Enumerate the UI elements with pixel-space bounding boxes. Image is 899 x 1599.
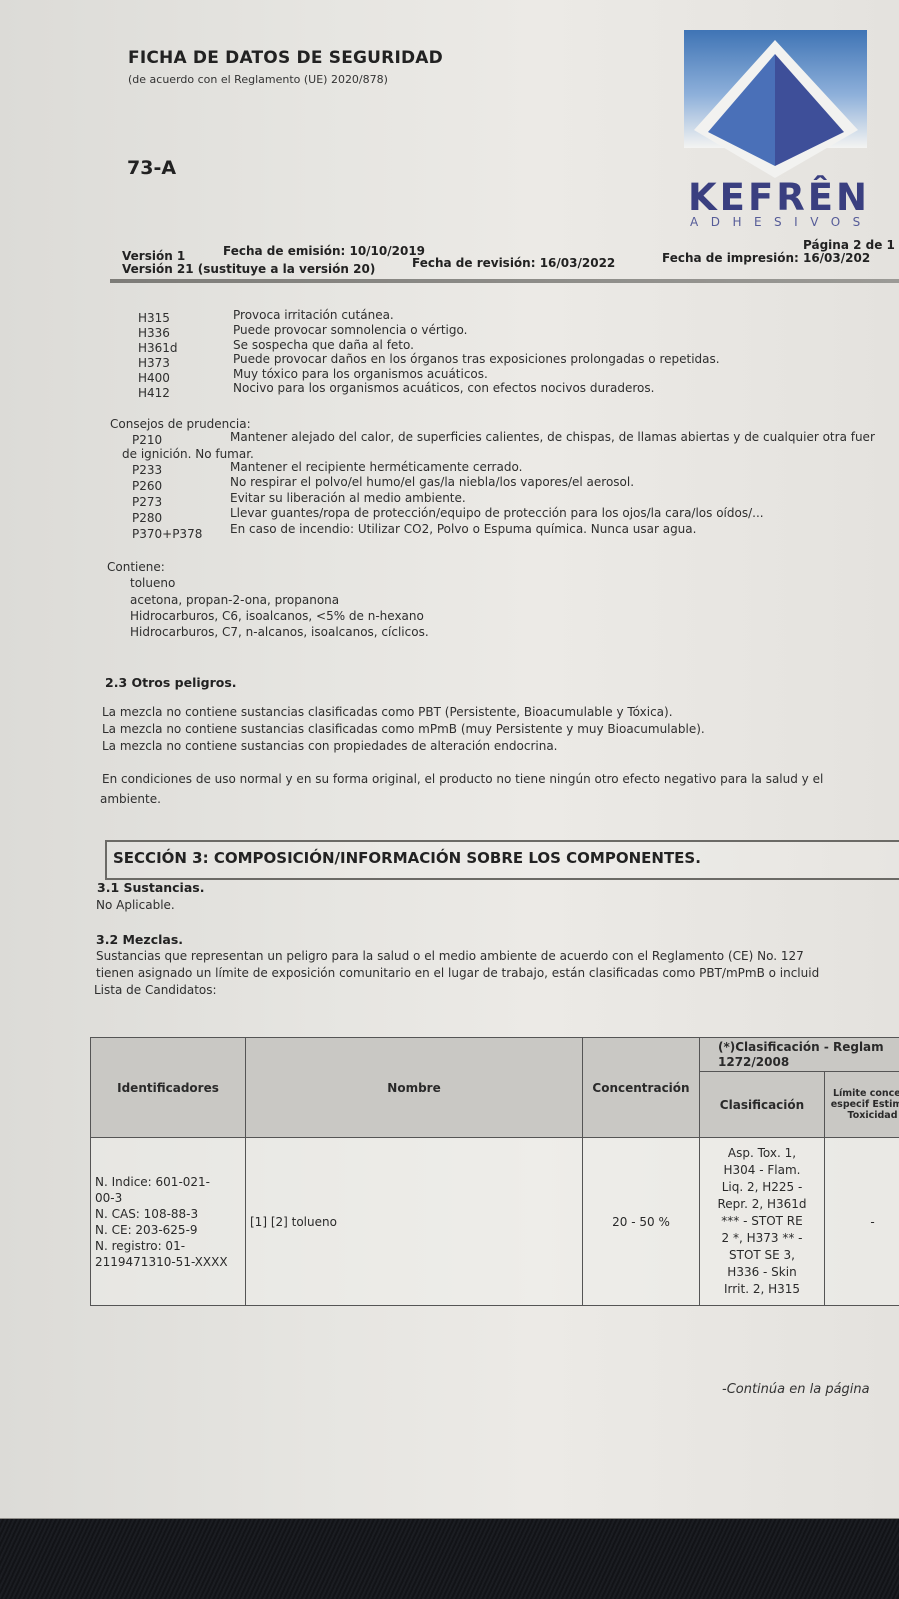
hazard-code: H412 [138,386,170,400]
other-hazards-line: La mezcla no contiene sustancias clasifi… [102,705,673,719]
table-row: N. Indice: 601-021- 00-3 N. CAS: 108-88-… [91,1138,899,1306]
mixtures-heading: 3.2 Mezclas. [96,932,183,947]
limits-cell: - [825,1138,899,1306]
version-replaces: Versión 21 (sustituye a la versión 20) [122,262,375,276]
hazard-text: Puede provocar somnolencia o vértigo. [233,323,467,337]
class-line: Irrit. 2, H315 [704,1281,820,1298]
class-line: 2 *, H373 ** - [704,1230,820,1247]
contains-label: Contiene: [107,560,165,574]
classification-cell: Asp. Tox. 1, H304 - Flam. Liq. 2, H225 -… [700,1138,825,1306]
class-line: Liq. 2, H225 - [704,1179,820,1196]
ident-line: N. Indice: 601-021- [95,1174,241,1190]
contains-item: acetona, propan-2-ona, propanona [130,593,339,607]
concentration-cell: 20 - 50 % [583,1138,700,1306]
substances-text: No Aplicable. [96,898,175,912]
header-concentracion: Concentración [583,1038,700,1138]
version: Versión 1 [122,249,185,263]
header-limits: Límite concent especif Estimac Toxicidad [825,1072,899,1138]
identifiers-cell: N. Indice: 601-021- 00-3 N. CAS: 108-88-… [91,1138,246,1306]
ident-line: 00-3 [95,1190,241,1206]
header-clasificacion: Clasificación [700,1072,825,1138]
section-3-header: SECCIÓN 3: COMPOSICIÓN/INFORMACIÓN SOBRE… [105,840,899,880]
hazard-code: H315 [138,311,170,325]
class-line: STOT SE 3, [704,1247,820,1264]
ident-line: N. registro: 01- [95,1238,241,1254]
product-code: 73-A [127,157,176,179]
hazard-text: Nocivo para los organismos acuáticos, co… [233,381,654,395]
class-line: H304 - Flam. [704,1162,820,1179]
continue-note: -Continúa en la página [722,1382,870,1397]
background-fabric [0,1519,899,1599]
class-line: Asp. Tox. 1, [704,1145,820,1162]
mixtures-text: tienen asignado un límite de exposición … [96,966,819,980]
document-subtitle: (de acuerdo con el Reglamento (UE) 2020/… [128,73,388,86]
brand-name: KEFRÊN [688,176,870,219]
hazard-text: Puede provocar daños en los órganos tras… [233,352,720,366]
precaution-code: P370+P378 [132,527,202,541]
other-hazards-note-cont: ambiente. [100,792,161,806]
precaution-text: Mantener el recipiente herméticamente ce… [230,460,522,474]
precaution-code: P260 [132,479,162,493]
precaution-text: En caso de incendio: Utilizar CO2, Polvo… [230,522,696,536]
hazard-text: Se sospecha que daña al feto. [233,338,414,352]
contains-item: tolueno [130,576,175,590]
class-line: Repr. 2, H361d [704,1196,820,1213]
hazard-code: H336 [138,326,170,340]
hazard-text: Muy tóxico para los organismos acuáticos… [233,367,488,381]
composition-table: Identificadores Nombre Concentración (*)… [90,1037,899,1306]
class-line: H336 - Skin [704,1264,820,1281]
name-cell: [1] [2] tolueno [246,1138,583,1306]
other-hazards-line: La mezcla no contiene sustancias con pro… [102,739,558,753]
brand-subtitle: ADHESIVOS [690,215,873,229]
issue-date: Fecha de emisión: 10/10/2019 [223,244,425,258]
precaution-code: P280 [132,511,162,525]
hazard-code: H400 [138,371,170,385]
kefren-pyramid-logo-icon [684,30,867,180]
other-hazards-heading: 2.3 Otros peligros. [105,675,237,690]
page-number: Página 2 de 1 [803,238,895,252]
print-date: Fecha de impresión: 16/03/202 [662,251,870,265]
header-nombre: Nombre [246,1038,583,1138]
precaution-text: Llevar guantes/ropa de protección/equipo… [230,506,764,520]
contains-item: Hidrocarburos, C6, isoalcanos, <5% de n-… [130,609,424,623]
other-hazards-line: La mezcla no contiene sustancias clasifi… [102,722,705,736]
section-3-title: SECCIÓN 3: COMPOSICIÓN/INFORMACIÓN SOBRE… [113,849,701,867]
precautionary-label: Consejos de prudencia: [110,417,251,431]
other-hazards-note: En condiciones de uso normal y en su for… [102,772,823,786]
class-line: *** - STOT RE [704,1213,820,1230]
revision-date: Fecha de revisión: 16/03/2022 [412,256,615,270]
precaution-code: P233 [132,463,162,477]
header-identificadores: Identificadores [91,1038,246,1138]
ident-line: N. CE: 203-625-9 [95,1222,241,1238]
precaution-text: Mantener alejado del calor, de superfici… [230,430,875,444]
contains-item: Hidrocarburos, C7, n-alcanos, isoalcanos… [130,625,429,639]
mixtures-text: Lista de Candidatos: [94,983,217,997]
precaution-text: No respirar el polvo/el humo/el gas/la n… [230,475,634,489]
ident-line: 2119471310-51-XXXX [95,1254,241,1270]
precaution-code: P273 [132,495,162,509]
ident-line: N. CAS: 108-88-3 [95,1206,241,1222]
substances-heading: 3.1 Sustancias. [97,880,204,895]
hazard-code: H361d [138,341,178,355]
precaution-code: P210 [132,433,162,447]
hazard-text: Provoca irritación cutánea. [233,308,394,322]
mixtures-text: Sustancias que representan un peligro pa… [96,949,804,963]
precaution-text: Evitar su liberación al medio ambiente. [230,491,466,505]
sds-page: FICHA DE DATOS DE SEGURIDAD (de acuerdo … [0,0,899,1519]
header-divider [110,279,899,283]
hazard-code: H373 [138,356,170,370]
document-title: FICHA DE DATOS DE SEGURIDAD [128,48,443,68]
precaution-text-cont: de ignición. No fumar. [122,447,254,461]
header-classification-group: (*)Clasificación - Reglam 1272/2008 [700,1038,899,1072]
